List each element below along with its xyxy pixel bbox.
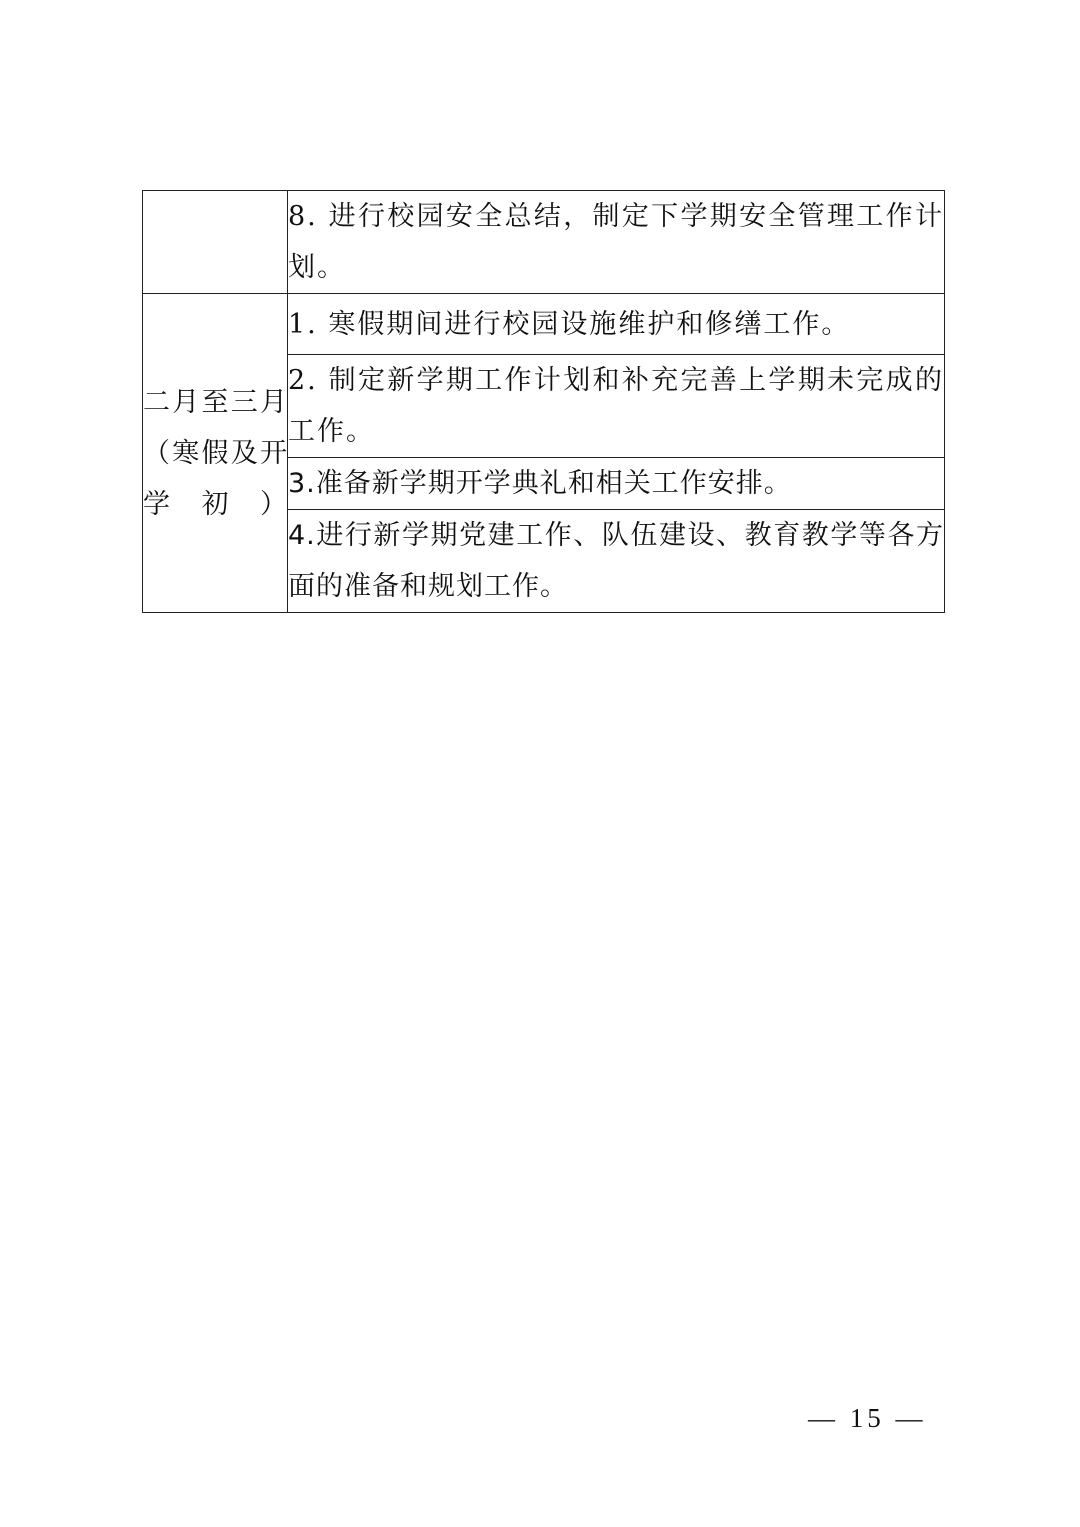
period-cell-empty [143,191,288,294]
period-cell: 二月至三月（寒假及开学初） [143,294,288,613]
task-cell: 2. 制定新学期工作计划和补充完善上学期未完成的工作。 [288,355,945,458]
table-row: 二月至三月（寒假及开学初） 1. 寒假期间进行校园设施维护和修缮工作。 [143,294,945,355]
task-cell: 3.准备新学期开学典礼和相关工作安排。 [288,458,945,510]
document-page: 8. 进行校园安全总结，制定下学期安全管理工作计划。 二月至三月（寒假及开学初）… [0,0,1080,1527]
page-number: — 15 — [808,1403,927,1434]
table-row: 8. 进行校园安全总结，制定下学期安全管理工作计划。 [143,191,945,294]
task-cell: 8. 进行校园安全总结，制定下学期安全管理工作计划。 [288,191,945,294]
work-plan-table: 8. 进行校园安全总结，制定下学期安全管理工作计划。 二月至三月（寒假及开学初）… [142,190,945,613]
task-cell: 1. 寒假期间进行校园设施维护和修缮工作。 [288,294,945,355]
task-cell: 4.进行新学期党建工作、队伍建设、教育教学等各方面的准备和规划工作。 [288,510,945,613]
period-label: 二月至三月（寒假及开学初） [143,377,287,530]
